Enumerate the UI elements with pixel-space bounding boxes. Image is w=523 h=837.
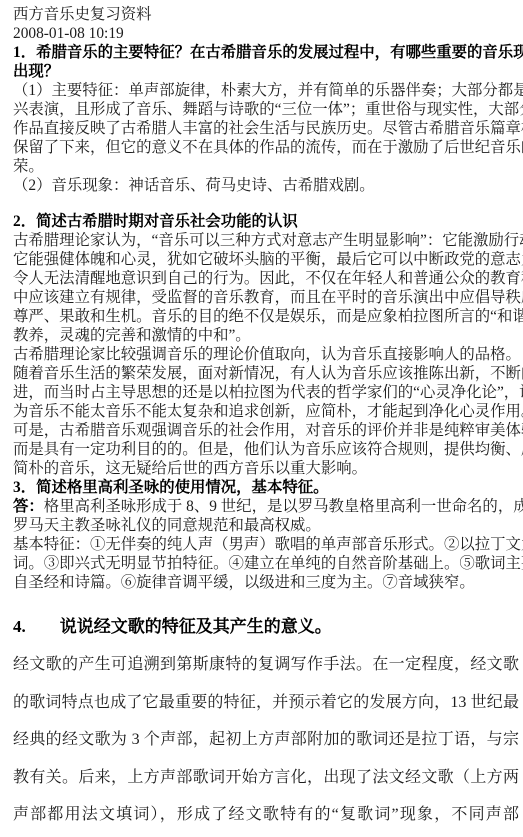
question-1-body: （1）主要特征：单声部旋律，朴素大方，并有简单的乐器伴奏；大部分都是即兴表演，且… <box>13 81 523 195</box>
text-line: （1）主要特征：单声部旋律，朴素大方，并有简单的乐器伴奏；大部分都是即 <box>13 81 523 100</box>
document-title: 西方音乐史复习资料 <box>13 5 523 24</box>
text-line: 罗马天主教圣咏礼仪的同意规范和最高权威。 <box>13 516 523 535</box>
text-line: 声部都用法文填词），形成了经文歌特有的“复歌词”现象，不同声部 <box>13 796 519 834</box>
question-1-heading: 1．希腊音乐的主要特征？在古希腊音乐的发展过程中，有哪些重要的音乐现象出现？ <box>13 43 523 81</box>
text-line: 教有关。后来，上方声部歌词开始方言化，出现了法文经文歌（上方两 <box>13 759 519 797</box>
text-line: 的歌词特点也成了它最重要的特征，并预示着它的发展方向，13 世纪最 <box>13 684 519 722</box>
text-line: 教养，灵魂的完善和激情的中和”。 <box>13 326 523 345</box>
text-line: 古希腊理论家认为，“音乐可以三种方式对意志产生明显影响”：它能激励行动； <box>13 231 523 250</box>
text-line: 经典的经文歌为 3 个声部，起初上方声部附加的歌词还是拉丁语，与宗 <box>13 721 519 759</box>
text-line: 自圣经和诗篇。⑥旋律音调平缓，以级进和三度为主。⑦音域狭窄。 <box>13 573 523 592</box>
question-2-heading: 2．简述古希腊时期对音乐社会功能的认识 <box>13 212 523 231</box>
text-line: 词。③即兴式无明显节拍特征。④建立在单纯的自然音阶基础上。⑤歌词主要来 <box>13 554 523 573</box>
text-line: 经文歌的产生可追溯到第斯康特的复调写作手法。在一定程度，经文歌 <box>13 646 519 684</box>
question-2-body: 古希腊理论家认为，“音乐可以三种方式对意志产生明显影响”：它能激励行动；它能强健… <box>13 231 523 478</box>
text-line: 1．希腊音乐的主要特征？在古希腊音乐的发展过程中，有哪些重要的音乐现象 <box>13 43 523 62</box>
section-gap <box>13 195 523 212</box>
text-line: 古希腊理论家比较强调音乐的理论价值取向，认为音乐直接影响人的品格。 <box>13 345 523 364</box>
text-line: 保留了下来，但它的意义不在具体的作品的流传，而在于激励了后世纪音乐的繁 <box>13 138 523 157</box>
text-line: 随着音乐生活的繁荣发展，面对新情况，有人认为音乐应该推陈出新，不断向前 <box>13 364 523 383</box>
text-line: 尊严、果敢和生机。音乐的目的绝不仅是娱乐，而是应象柏拉图所言的“和谐的 <box>13 307 523 326</box>
text-line: 中应该建立有规律，受监督的音乐教育，而且在平时的音乐演出中应倡导秩序、 <box>13 288 523 307</box>
answer-label: 答： <box>13 498 44 515</box>
question-3: 3．简述格里高利圣咏的使用情况，基本特征。 答：格里高利圣咏形成于 8、9 世纪… <box>13 478 523 592</box>
text-line: 荣。 <box>13 157 523 176</box>
question-2: 2．简述古希腊时期对音乐社会功能的认识 古希腊理论家认为，“音乐可以三种方式对意… <box>13 212 523 478</box>
question-4: 4.说说经文歌的特征及其产生的意义。 经文歌的产生可追溯到第斯康特的复调写作手法… <box>13 614 523 834</box>
text-line: 为音乐不能太音乐不能太复杂和追求创新，应简朴，才能起到净化心灵作用。 <box>13 402 523 421</box>
question-4-number: 4. <box>13 614 26 640</box>
question-4-body: 经文歌的产生可追溯到第斯康特的复调写作手法。在一定程度，经文歌的歌词特点也成了它… <box>13 646 519 834</box>
question-4-heading: 4.说说经文歌的特征及其产生的意义。 <box>13 614 523 640</box>
question-1: 1．希腊音乐的主要特征？在古希腊音乐的发展过程中，有哪些重要的音乐现象出现？ （… <box>13 43 523 195</box>
text-line: 它能强健体魄和心灵，犹如它破坏头脑的平衡，最后它可以中断政党的意志力量， <box>13 250 523 269</box>
text-line: 进，而当时占主导思想的还是以柏拉图为代表的哲学家们的“心灵净化论”，认 <box>13 383 523 402</box>
text-line: 令人无法清醒地意识到自己的行为。因此，不仅在年轻人和普通公众的教育科目 <box>13 269 523 288</box>
text-line: （2）音乐现象：神话音乐、荷马史诗、古希腊戏剧。 <box>13 176 523 195</box>
question-4-heading-text: 说说经文歌的特征及其产生的意义。 <box>60 617 332 636</box>
document-timestamp: 2008-01-08 10:19 <box>13 24 523 43</box>
question-3-heading: 3．简述格里高利圣咏的使用情况，基本特征。 <box>13 478 523 497</box>
text-line: 作品直接反映了古希腊人丰富的社会生活与民族历史。尽管古希腊音乐篇章极少 <box>13 119 523 138</box>
document-page: 西方音乐史复习资料 2008-01-08 10:19 1．希腊音乐的主要特征？在… <box>0 0 523 837</box>
text-line: 兴表演，且形成了音乐、舞蹈与诗歌的“三位一体”；重世俗与现实性，大部分 <box>13 100 523 119</box>
text-line: 可是，古希腊音乐观强调音乐的社会作用，对音乐的评价并非是纯粹审美体验， <box>13 421 523 440</box>
answer-text: 格里高利圣咏形成于 8、9 世纪，是以罗马教皇格里高利一世命名的，成为 <box>44 498 523 515</box>
text-line: 简朴的音乐，这无疑给后世的西方音乐以重大影响。 <box>13 459 523 478</box>
text-line: 基本特征：①无伴奏的纯人声（男声）歌唱的单声部音乐形式。②以拉丁文为歌 <box>13 535 523 554</box>
text-line: 出现？ <box>13 62 523 81</box>
text-line: 而是具有一定功利目的的。但是，他们认为音乐应该符合规则，提供均衡、庄重、 <box>13 440 523 459</box>
question-3-answer-first-line: 答：格里高利圣咏形成于 8、9 世纪，是以罗马教皇格里高利一世命名的，成为 <box>13 497 523 516</box>
question-3-body: 罗马天主教圣咏礼仪的同意规范和最高权威。基本特征：①无伴奏的纯人声（男声）歌唱的… <box>13 516 523 592</box>
